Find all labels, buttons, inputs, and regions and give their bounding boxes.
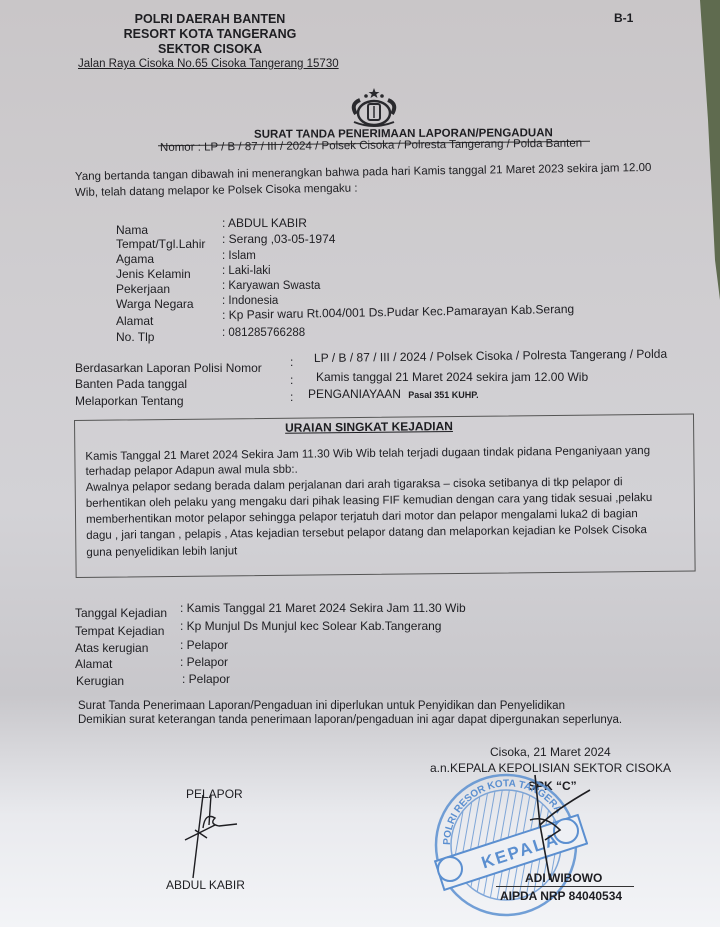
colon: : <box>290 390 293 404</box>
reporter-label: Pekerjaan <box>116 282 170 296</box>
incident-value: : Pelapor <box>180 638 228 652</box>
intro-line-2: Wib, telah datang melapor ke Polsek Ciso… <box>75 183 358 199</box>
polri-emblem-icon <box>344 86 404 128</box>
closing-line-2: Demikian surat keterangan tanda penerima… <box>78 714 622 726</box>
incident-value: : Kp Munjul Ds Munjul kec Solear Kab.Tan… <box>180 619 441 633</box>
summary-line: terhadap pelapor Adapun awal mula sbb:. <box>85 464 297 478</box>
summary-line: dagu , jari tangan , pelapis , Atas keja… <box>86 524 647 542</box>
reporter-value: : Indonesia <box>222 295 278 307</box>
reporter-label: Nama <box>116 223 148 237</box>
summary-line: memberhentikan motor pelapor sehingga pe… <box>86 508 638 526</box>
incident-label: Atas kerugian <box>75 641 148 655</box>
reporter-label: Jenis Kelamin <box>116 267 191 281</box>
reporter-value: : 081285766288 <box>222 327 305 339</box>
colon: : <box>290 373 293 387</box>
letterhead-line-1: POLRI DAERAH BANTEN <box>110 12 310 26</box>
reporter-value: : Islam <box>222 250 256 262</box>
letterhead-address: Jalan Raya Cisoka No.65 Cisoka Tangerang… <box>78 58 339 70</box>
incident-label: Tanggal Kejadian <box>75 606 167 620</box>
summary-line: Kamis Tanggal 21 Maret 2024 Sekira Jam 1… <box>85 445 650 463</box>
report-ref-label: Melaporkan Tentang <box>75 394 184 408</box>
reporter-value: : Serang ,03-05-1974 <box>222 232 335 246</box>
incident-label: Kerugian <box>76 674 124 688</box>
report-ref-value: LP / B / 87 / III / 2024 / Polsek Cisoka… <box>314 347 667 365</box>
reporter-label: Warga Negara <box>116 297 194 311</box>
reporter-label: Agama <box>116 252 154 266</box>
summary-line: guna penyelidikan lebih lanjut <box>86 545 237 559</box>
signature-rule <box>496 886 634 887</box>
document-page: POLRI DAERAH BANTEN RESORT KOTA TANGERAN… <box>0 0 720 927</box>
reporter-value: : Karyawan Swasta <box>222 280 320 292</box>
letterhead-line-2: RESORT KOTA TANGERANG <box>110 27 310 41</box>
incident-value: : Pelapor <box>180 655 228 669</box>
reporter-label: Tempat/Tgl.Lahir <box>116 237 205 251</box>
incident-label: Alamat <box>75 657 112 671</box>
offense-type: PENGANIAYAAN <box>308 387 401 401</box>
form-code: B-1 <box>614 11 633 25</box>
colon: : <box>290 355 293 369</box>
incident-summary-box: URAIAN SINGKAT KEJADIAN Kamis Tanggal 21… <box>74 414 696 578</box>
summary-line: berhentikan oleh pelaku yang mengaku dar… <box>86 492 653 510</box>
reporter-label: Alamat <box>116 314 153 328</box>
incident-label: Tempat Kejadian <box>75 624 164 638</box>
report-ref-label: Berdasarkan Laporan Polisi Nomor <box>75 361 262 375</box>
incident-value: : Kamis Tanggal 21 Maret 2024 Sekira Jam… <box>180 601 466 615</box>
reporter-value: : Laki-laki <box>222 265 271 277</box>
report-ref-value: Kamis tanggal 21 Maret 2024 sekira jam 1… <box>316 370 588 384</box>
report-ref-label: Banten Pada tanggal <box>75 377 187 391</box>
summary-line: Awalnya pelapor sedang berada dalam perj… <box>86 476 623 494</box>
officer-rank-nrp: AIPDA NRP 84040534 <box>500 889 622 903</box>
reporter-label: No. Tlp <box>116 330 154 344</box>
reporter-value: : ABDUL KABIR <box>222 216 307 230</box>
incident-value: : Pelapor <box>182 672 230 686</box>
letterhead-line-3: SEKTOR CISOKA <box>110 42 310 56</box>
reporter-signature <box>175 790 255 880</box>
officer-name: ADI WIBOWO <box>525 871 602 885</box>
report-ref-value: PENGANIAYAAN Pasal 351 KUHP. <box>308 387 479 401</box>
summary-heading: URAIAN SINGKAT KEJADIAN <box>285 419 453 435</box>
closing-line-1: Surat Tanda Penerimaan Laporan/Pengaduan… <box>78 700 565 712</box>
place-date: Cisoka, 21 Maret 2024 <box>490 745 611 759</box>
intro-line-1: Yang bertanda tangan dibawah ini meneran… <box>75 162 652 183</box>
offense-article: Pasal 351 KUHP. <box>408 390 478 400</box>
document-number: Nomor : LP / B / 87 / III / 2024 / Polse… <box>160 138 582 154</box>
reporter-name: ABDUL KABIR <box>166 878 245 892</box>
